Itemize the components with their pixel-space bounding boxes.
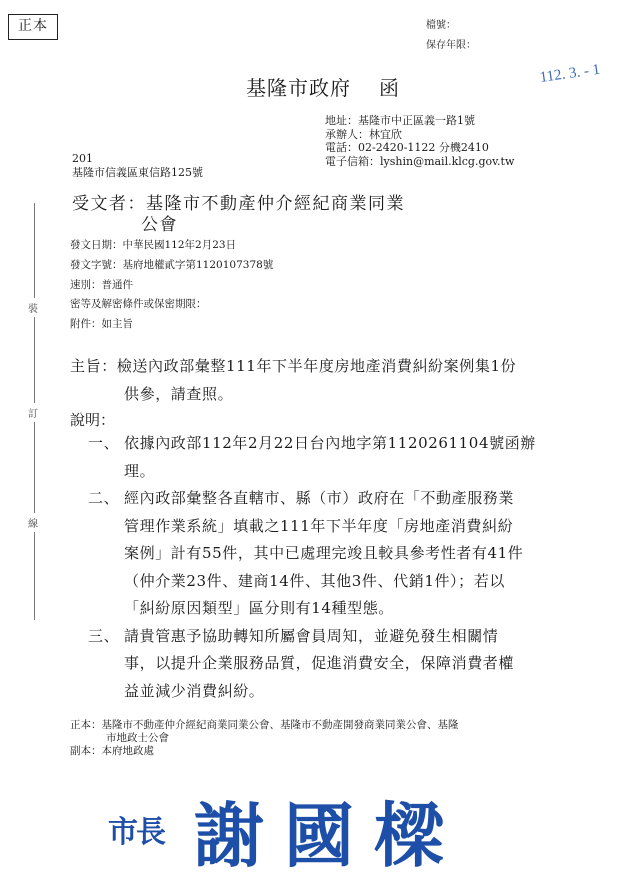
- delivery-speed: 速別：普通件: [70, 276, 273, 296]
- signature-name: 謝國樑: [194, 795, 464, 876]
- item-line: 益並減少消費糾紛。: [88, 678, 608, 706]
- recipient-address: 201 基隆市信義區東信路125號: [72, 152, 203, 179]
- item-number: 二、: [88, 485, 124, 513]
- addressee-label: 受文者：: [72, 194, 146, 214]
- item-number: 三、: [88, 623, 124, 651]
- sender-handler: 承辦人：林宜欣: [325, 128, 514, 142]
- subject-label: 主旨：: [70, 357, 117, 375]
- document-title: 基隆市政府函: [246, 72, 400, 101]
- item-line: 依據內政部112年2月22日台內地字第1120261104號函辦: [124, 434, 536, 452]
- original-recipients-cont: 市地政士公會: [70, 732, 560, 745]
- item-line: 事，以提升企業服務品質，促進消費安全，保障消費者權: [88, 650, 608, 678]
- classification: 密等及解密條件或保密期限：: [70, 295, 273, 315]
- document-number: 發文字號：基府地權貳字第1120107378號: [70, 256, 273, 276]
- archive-info: 檔號： 保存年限：: [426, 16, 476, 56]
- archive-number-label: 檔號：: [426, 16, 476, 36]
- subject-line2: 供參，請查照。: [70, 380, 600, 408]
- copy-type-box: 正本: [8, 14, 58, 40]
- addressee-name-line1: 基隆市不動產仲介經紀商業同業: [146, 194, 405, 214]
- item-line: （仲介業23件、建商14件、其他3件、代銷1件）；若以: [88, 568, 608, 596]
- item-line: 請貴管惠予協助轉知所屬會員周知，並避免發生相關情: [124, 627, 498, 645]
- binding-label-zhuang: 裝: [28, 298, 38, 317]
- document-meta: 發文日期：中華民國112年2月23日 發文字號：基府地權貳字第112010737…: [70, 236, 273, 335]
- original-recipients: 正本：基隆市不動產仲介經紀商業同業公會、基隆市不動產開發商業同業公會、基隆: [70, 719, 560, 732]
- addressee: 受文者：基隆市不動產仲介經紀商業同業 公會: [72, 194, 405, 236]
- recipient-street: 基隆市信義區東信路125號: [72, 166, 203, 180]
- item-line: 管理作業系統」填載之111年下半年度「房地產消費糾紛: [88, 513, 608, 541]
- subject: 主旨：檢送內政部彙整111年下半年度房地產消費糾紛案例集1份 供參，請查照。: [70, 352, 600, 408]
- mayor-signature-stamp: 市長謝國樑: [108, 780, 464, 876]
- agency-name: 基隆市政府: [246, 76, 351, 100]
- subject-line1: 檢送內政部彙整111年下半年度房地產消費糾紛案例集1份: [117, 357, 516, 375]
- postal-code: 201: [72, 152, 203, 166]
- signature-title: 市長: [108, 815, 164, 850]
- explanation-item-2: 二、經內政部彙整各直轄市、縣（市）政府在「不動產服務業 管理作業系統」填載之11…: [88, 485, 608, 623]
- explanation-item-1: 一、依據內政部112年2月22日台內地字第1120261104號函辦 理。: [88, 430, 608, 485]
- explanation-list: 一、依據內政部112年2月22日台內地字第1120261104號函辦 理。 二、…: [88, 430, 608, 705]
- item-line: 「糾紛原因類型」區分則有14種型態。: [88, 595, 608, 623]
- received-date-stamp: 112. 3. - 1: [539, 62, 601, 87]
- copy-recipients: 副本：本府地政處: [70, 745, 560, 758]
- document-type: 函: [379, 76, 400, 100]
- addressee-name-line2: 公會: [72, 215, 405, 236]
- item-number: 一、: [88, 430, 124, 458]
- binding-label-ding: 訂: [28, 403, 38, 422]
- item-line: 理。: [88, 458, 608, 486]
- sender-email[interactable]: 電子信箱：lyshin@mail.klcg.gov.tw: [325, 155, 514, 169]
- sender-phone: 電話：02-2420-1122 分機2410: [325, 141, 514, 155]
- issue-date: 發文日期：中華民國112年2月23日: [70, 236, 273, 256]
- retention-label: 保存年限：: [426, 36, 476, 56]
- item-line: 經內政部彙整各直轄市、縣（市）政府在「不動產服務業: [124, 489, 514, 507]
- explanation-item-3: 三、請貴管惠予協助轉知所屬會員周知，並避免發生相關情 事，以提升企業服務品質，促…: [88, 623, 608, 706]
- distribution-list: 正本：基隆市不動產仲介經紀商業同業公會、基隆市不動產開發商業同業公會、基隆 市地…: [70, 719, 560, 758]
- sender-address: 地址：基隆市中正區義一路1號: [325, 114, 514, 128]
- attachment: 附件：如主旨: [70, 315, 273, 335]
- sender-info: 地址：基隆市中正區義一路1號 承辦人：林宜欣 電話：02-2420-1122 分…: [325, 114, 514, 168]
- binding-label-xian: 線: [28, 513, 38, 532]
- item-line: 案例」計有55件，其中已處理完竣且較具參考性者有41件: [88, 540, 608, 568]
